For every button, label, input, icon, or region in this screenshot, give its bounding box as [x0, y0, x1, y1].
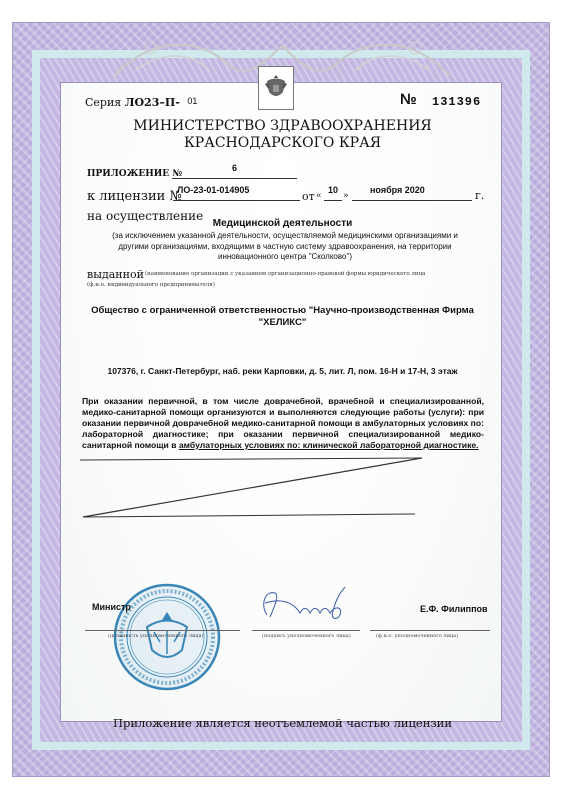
caption-name: (ф.и.о. уполномоченного лица)	[376, 633, 458, 639]
date-close-quote: »	[343, 191, 349, 201]
footer-note: Приложение является неотъемлемой частью …	[60, 716, 505, 730]
signer-name: Е.Ф. Филиппов	[420, 604, 488, 614]
ministry-title-line2: КРАСНОДАРСКОГО КРАЯ	[60, 135, 505, 152]
date-month-year: ноября 2020	[370, 185, 460, 195]
position-line	[85, 630, 240, 631]
series-number: 01	[187, 96, 197, 106]
activity-note: (за исключением указанной деятельности, …	[100, 231, 470, 263]
date-from-label: от	[302, 190, 315, 203]
coat-of-arms-icon	[258, 66, 294, 110]
services-last-line: амбулаторных условиях по: клинической ла…	[179, 440, 479, 450]
organization-address: 107376, г. Санкт-Петербург, наб. реки Ка…	[70, 366, 495, 376]
z-fill-line	[80, 455, 425, 525]
appendix-label: ПРИЛОЖЕНИЕ №	[87, 169, 182, 179]
series-field: Серия ЛО23–П- 01	[85, 96, 197, 109]
series-code: ЛО23–П-	[125, 96, 180, 109]
caption-signature: (подпись уполномоченного лица)	[262, 633, 351, 639]
organization-line1: Общество с ограниченной ответственностью…	[70, 305, 495, 317]
appendix-number: 6	[172, 163, 297, 173]
signature-line	[252, 630, 360, 631]
year-suffix: г.	[475, 189, 484, 202]
date-month-line	[352, 200, 472, 201]
name-line	[370, 630, 490, 631]
activity-title: Медицинской деятельности	[60, 218, 505, 229]
issued-label: выданной	[87, 268, 144, 281]
number-label: №	[400, 91, 417, 108]
signature-icon	[255, 585, 355, 625]
issued-note-line1: (наименование организации с указанием ор…	[145, 271, 425, 277]
license-label: к лицензии №	[87, 189, 182, 204]
date-day-line	[324, 200, 342, 201]
number-value: 131396	[432, 95, 481, 109]
services-description: При оказании первичной, в том числе довр…	[82, 396, 484, 451]
issued-note-line2: (ф.и.о. индивидуального предпринимателя)	[87, 282, 215, 288]
caption-position: (должность уполномоченного лица)	[108, 633, 204, 639]
organization-line2: "ХЕЛИКС"	[70, 317, 495, 329]
ministry-title-line1: МИНИСТЕРСТВО ЗДРАВООХРАНЕНИЯ	[60, 118, 505, 135]
organization-name: Общество с ограниченной ответственностью…	[70, 305, 495, 329]
appendix-number-line	[172, 178, 297, 179]
license-number: ЛО-23-01-014905	[173, 185, 277, 195]
series-label: Серия	[85, 96, 121, 109]
signer-position: Министр	[92, 602, 131, 612]
license-number-line	[173, 200, 300, 201]
